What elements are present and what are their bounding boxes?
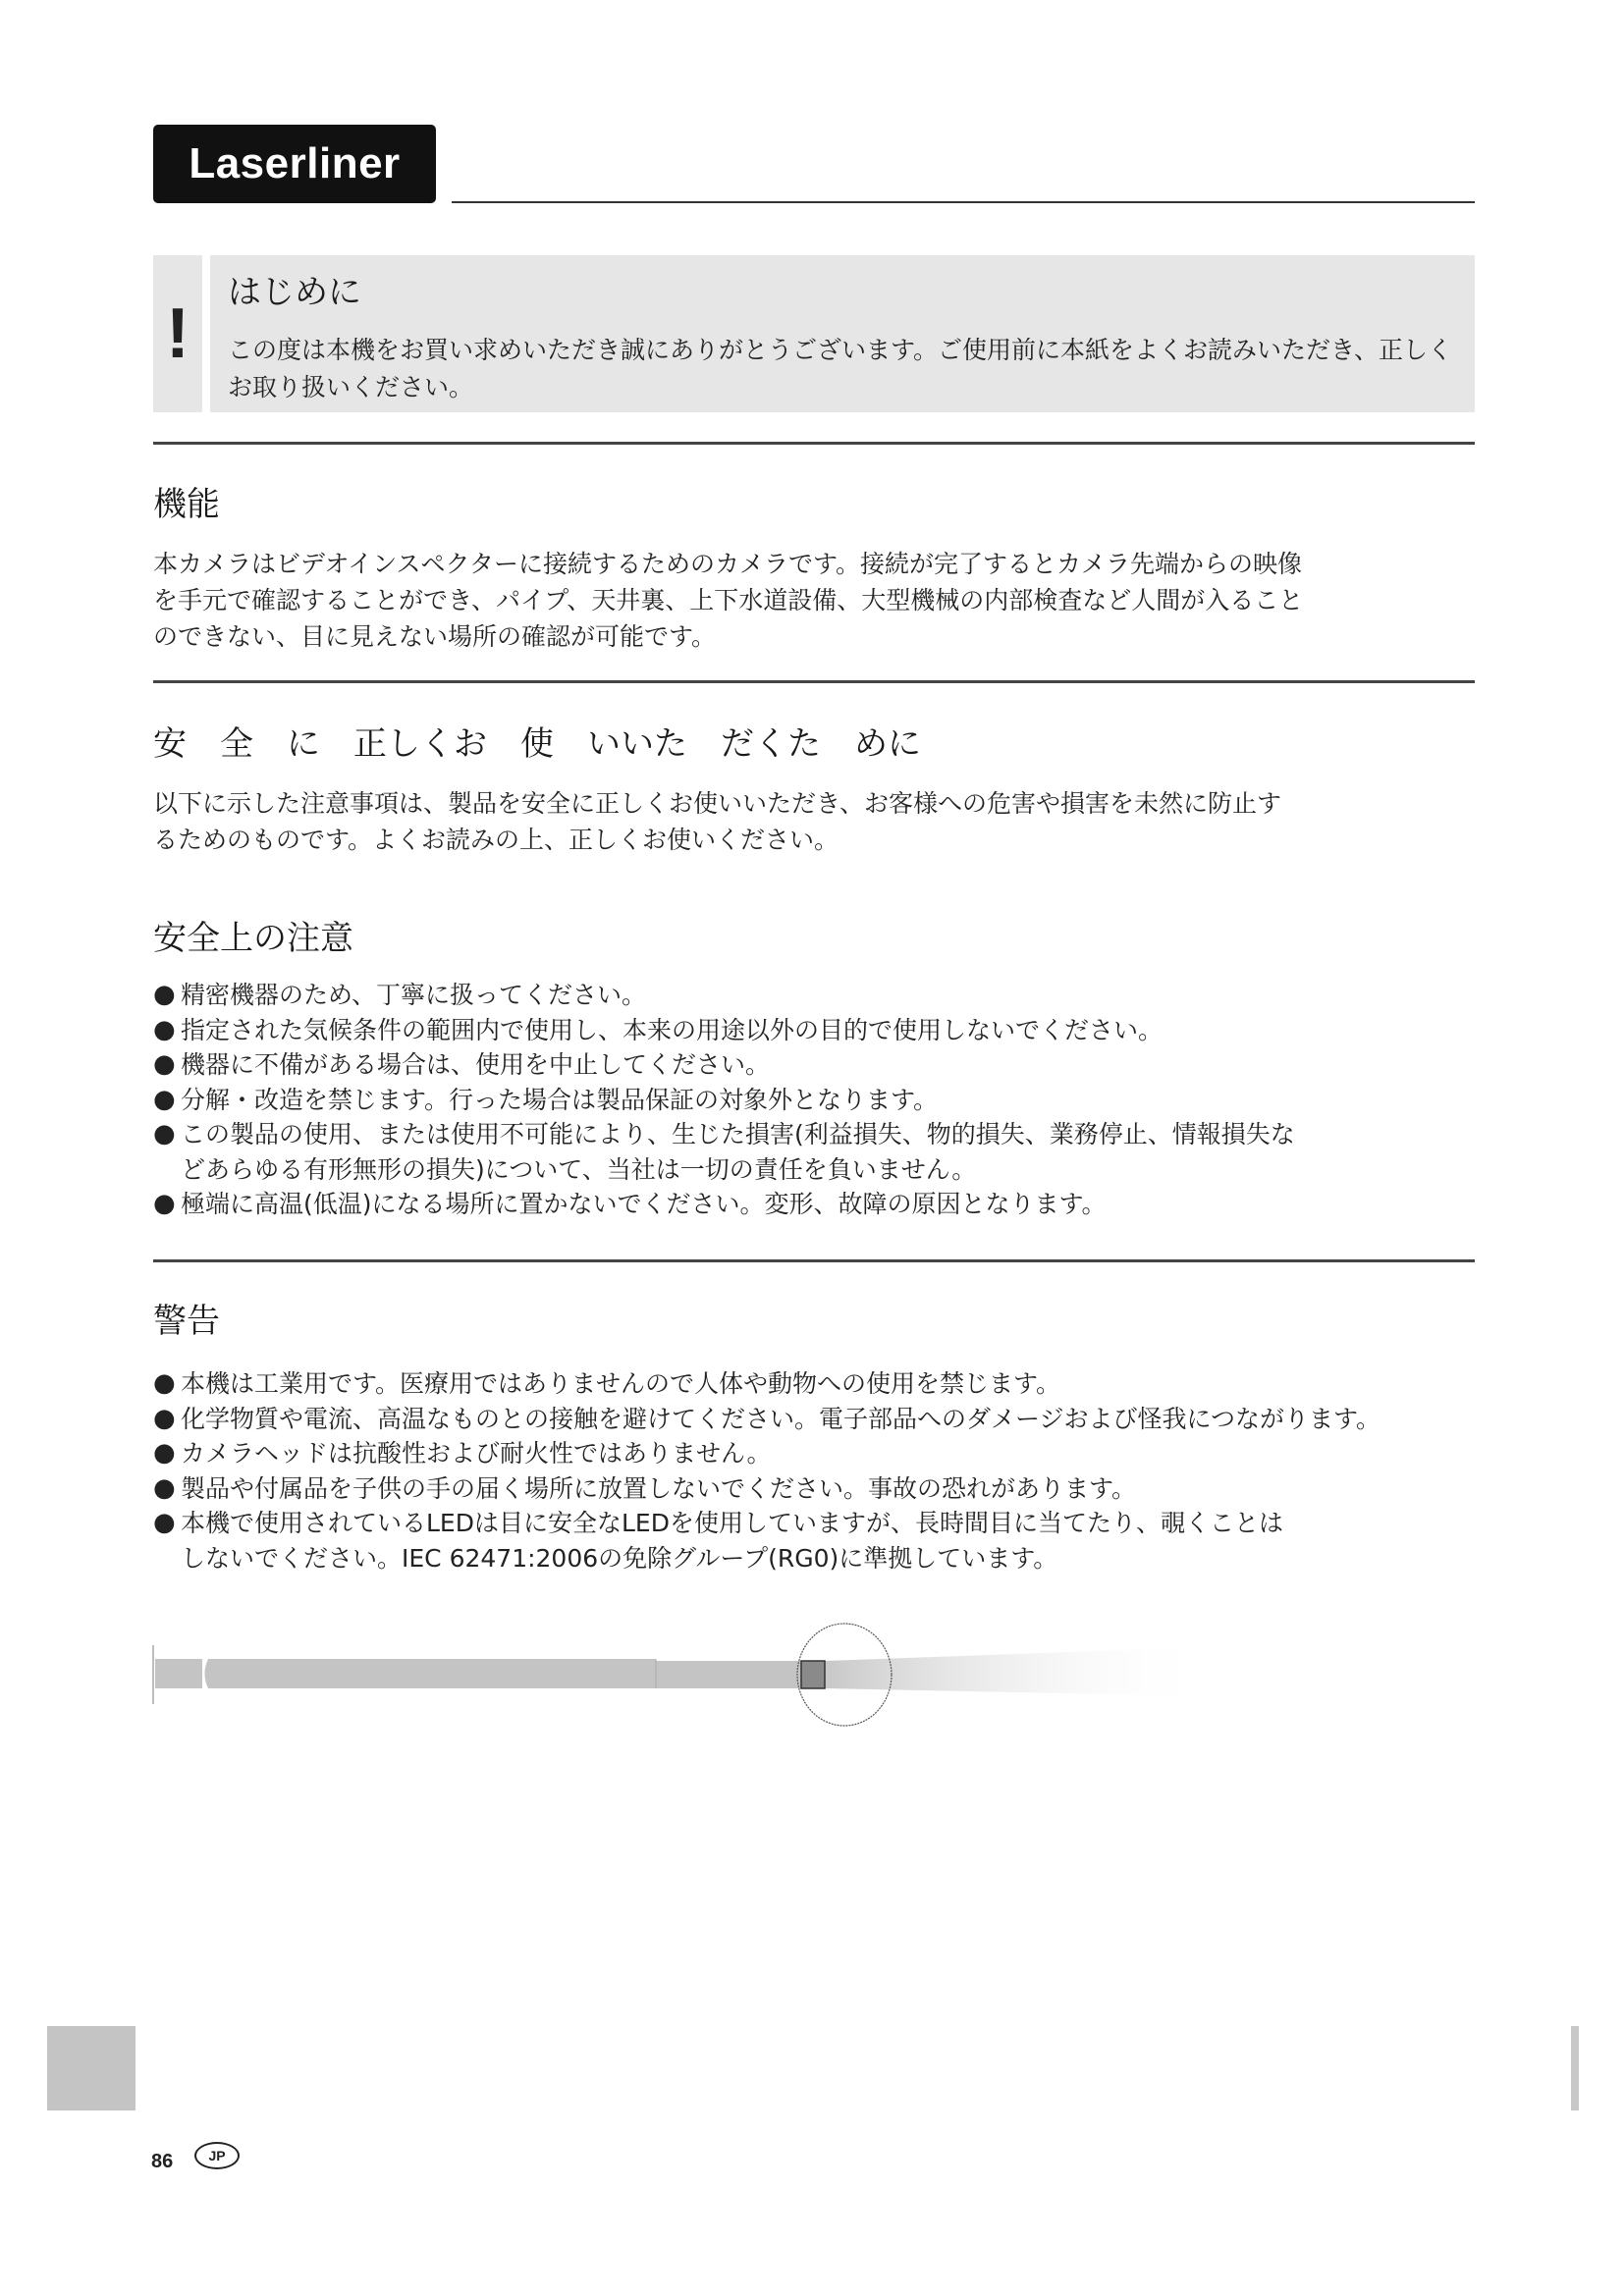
section-divider (153, 1259, 1475, 1262)
bullet-icon: ● (153, 1471, 176, 1507)
section-title-safe-use: 安全に正しくお使いいただくために (153, 717, 954, 765)
page-corner-tab (47, 2026, 135, 2110)
text-line: 以下に示した注意事項は、製品を安全に正しくお使いいただき、お客様への危害や損害を… (153, 785, 1567, 822)
bullet-icon: ● (153, 1366, 176, 1402)
title-fragment: だくた (721, 724, 821, 764)
title-fragment: 全 (220, 724, 253, 764)
bullet-icon: ● (153, 1047, 176, 1083)
list-item: ●機器に不備がある場合は、使用を中止してください。 (153, 1047, 1528, 1083)
section-divider (153, 680, 1475, 683)
list-item: ●指定された気候条件の範囲内で使用し、本来の用途以外の目的で使用しないでください… (153, 1013, 1528, 1048)
section-title-safety-notes: 安全上の注意 (153, 911, 353, 959)
text-line: るためのものです。よくお読みの上、正しくお使いください。 (153, 822, 1567, 858)
bullet-icon: ● (153, 978, 176, 1013)
camera-probe-illustration (147, 1620, 1237, 1737)
list-item: ●本機で使用されているLEDは目に安全なLEDを使用していますが、長時間目に当て… (153, 1506, 1528, 1541)
list-item: ●化学物質や電流、高温なものとの接触を避けてください。電子部品へのダメージおよび… (153, 1402, 1528, 1437)
list-item: ●精密機器のため、丁寧に扱ってください。 (153, 978, 1528, 1013)
section-title-function: 機能 (153, 477, 220, 525)
safe-use-paragraph: 以下に示した注意事項は、製品を安全に正しくお使いいただき、お客様への危害や損害を… (153, 785, 1567, 858)
section-title-warning: 警告 (153, 1294, 220, 1342)
list-item: ●分解・改造を禁じます。行った場合は製品保証の対象外となります。 (153, 1083, 1528, 1118)
list-item: ●この製品の使用、または使用不可能により、生じた損害(利益損失、物的損失、業務停… (153, 1117, 1528, 1152)
warning-list: ●本機は工業用です。医療用ではありませんので人体や動物への使用を禁じます。 ●化… (153, 1366, 1528, 1575)
text-line: を手元で確認することができ、パイプ、天井裏、上下水道設備、大型機械の内部検査など… (153, 582, 1567, 618)
list-item: ●本機は工業用です。医療用ではありませんので人体や動物への使用を禁じます。 (153, 1366, 1528, 1402)
brand-logo: Laserliner (153, 125, 436, 203)
title-fragment: 正しくお (353, 724, 487, 764)
language-badge: JP (194, 2142, 240, 2169)
bullet-icon: ● (153, 1013, 176, 1048)
camera-probe-diagram (147, 1620, 1237, 1737)
intro-notice-box: ! はじめに この度は本機をお買い求めいただき誠にありがとうございます。ご使用前… (153, 255, 1475, 412)
safety-notes-list: ●精密機器のため、丁寧に扱ってください。 ●指定された気候条件の範囲内で使用し、… (153, 978, 1528, 1222)
section-divider (153, 442, 1475, 445)
page-number: 86 (151, 2151, 173, 2173)
bullet-icon: ● (153, 1117, 176, 1152)
bullet-icon: ● (153, 1402, 176, 1437)
exclamation-icon: ! (153, 255, 202, 412)
bullet-icon: ● (153, 1506, 176, 1541)
function-paragraph: 本カメラはビデオインスペクターに接続するためのカメラです。接続が完了するとカメラ… (153, 546, 1567, 655)
list-item: ●製品や付属品を子供の手の届く場所に放置しないでください。事故の恐れがあります。 (153, 1471, 1528, 1507)
list-item: ●カメラヘッドは抗酸性および耐火性ではありません。 (153, 1436, 1528, 1471)
title-fragment: 安 (153, 724, 187, 764)
notice-body: はじめに この度は本機をお買い求めいただき誠にありがとうございます。ご使用前に本… (210, 255, 1475, 412)
list-item-continuation: しないでください。IEC 62471:2006の免除グループ(RG0)に準拠して… (153, 1541, 1528, 1576)
title-fragment: いいた (587, 724, 687, 764)
notice-text: この度は本機をお買い求めいただき誠にありがとうございます。ご使用前に本紙をよくお… (228, 332, 1465, 406)
text-line: 本カメラはビデオインスペクターに接続するためのカメラです。接続が完了するとカメラ… (153, 546, 1567, 582)
header-divider (452, 201, 1475, 203)
notice-title: はじめに (228, 265, 361, 313)
list-item-continuation: どあらゆる有形無形の損失)について、当社は一切の責任を負いません。 (153, 1152, 1528, 1188)
page-edge-marker (1571, 2026, 1579, 2110)
text-line: のできない、目に見えない場所の確認が可能です。 (153, 618, 1567, 655)
bullet-icon: ● (153, 1083, 176, 1118)
bullet-icon: ● (153, 1187, 176, 1222)
title-fragment: 使 (520, 724, 554, 764)
bullet-icon: ● (153, 1436, 176, 1471)
title-fragment: に (287, 724, 320, 764)
list-item: ●極端に高温(低温)になる場所に置かないでください。変形、故障の原因となります。 (153, 1187, 1528, 1222)
title-fragment: めに (854, 724, 921, 764)
